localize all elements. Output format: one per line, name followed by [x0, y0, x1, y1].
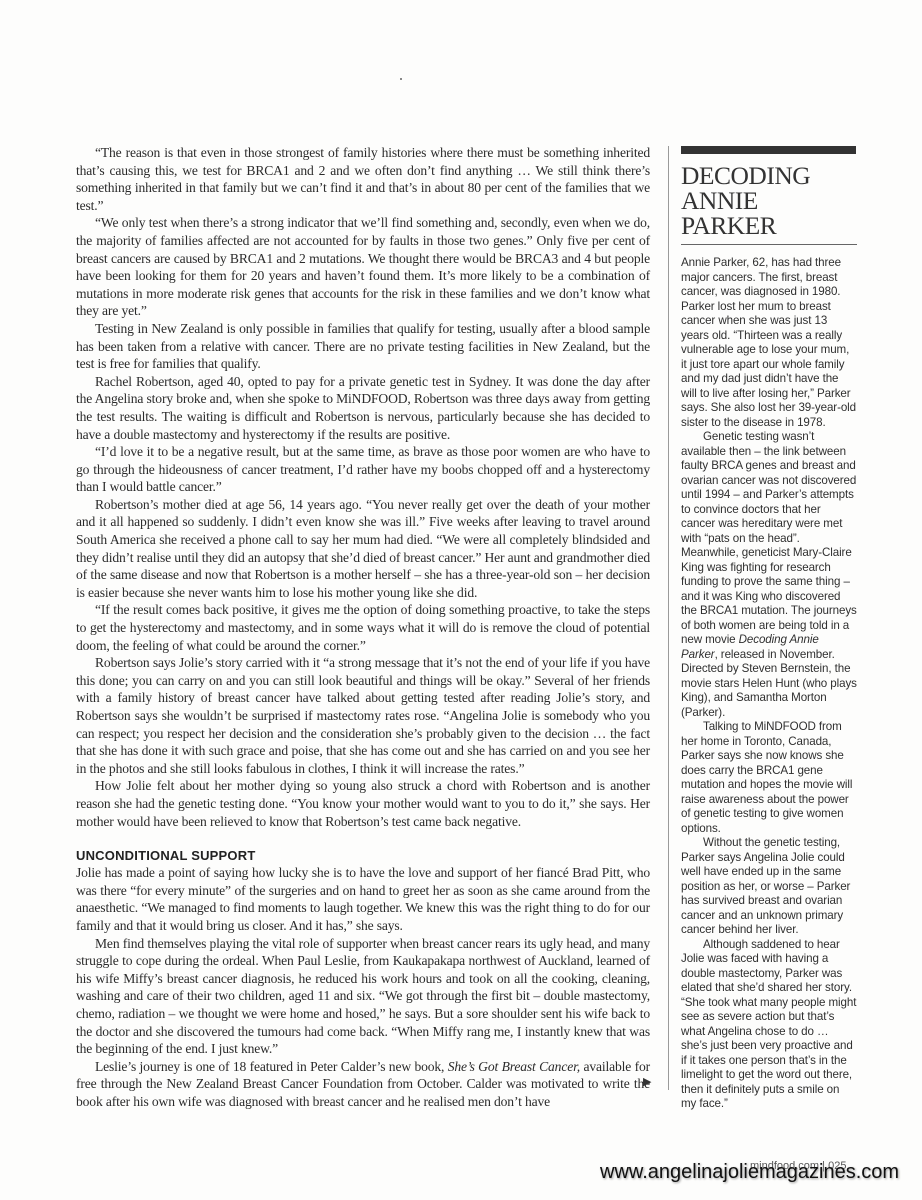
- article-paragraph: Rachel Robertson, aged 40, opted to pay …: [76, 373, 650, 443]
- article-paragraph: “If the result comes back positive, it g…: [76, 601, 650, 654]
- article-paragraph: Testing in New Zealand is only possible …: [76, 320, 650, 373]
- text-run: Genetic testing wasn’t available then – …: [681, 430, 857, 646]
- watermark-url: www.angelinajoliemagazines.com: [600, 1161, 899, 1184]
- sidebar-title-line: ANNIE PARKER: [681, 186, 776, 240]
- sidebar-paragraph: Genetic testing wasn’t available then – …: [681, 430, 857, 720]
- article-paragraph: Jolie has made a point of saying how luc…: [76, 864, 650, 934]
- sidebar-paragraph: Without the genetic testing, Parker says…: [681, 836, 857, 938]
- article-paragraph: Robertson’s mother died at age 56, 14 ye…: [76, 496, 650, 602]
- scan-speck: [400, 78, 402, 80]
- continue-arrow-icon: ▶: [643, 1075, 651, 1088]
- sidebar-title: DECODING ANNIE PARKER: [681, 163, 857, 245]
- article-paragraph: “We only test when there’s a strong indi…: [76, 214, 650, 320]
- sidebar-paragraph: Annie Parker, 62, has had three major ca…: [681, 256, 857, 430]
- article-paragraph: Robertson says Jolie’s story carried wit…: [76, 654, 650, 777]
- article-body: “The reason is that even in those strong…: [76, 144, 650, 1110]
- article-paragraph: Men find themselves playing the vital ro…: [76, 935, 650, 1058]
- sidebar-body: Annie Parker, 62, has had three major ca…: [681, 256, 857, 1112]
- book-title: She’s Got Breast Cancer,: [448, 1059, 580, 1074]
- column-divider: [668, 146, 669, 1090]
- sidebar-paragraph: Talking to MiNDFOOD from her home in Tor…: [681, 720, 857, 836]
- article-paragraph-last: Leslie’s journey is one of 18 featured i…: [76, 1058, 650, 1111]
- text-run: Leslie’s journey is one of 18 featured i…: [95, 1059, 448, 1074]
- article-paragraph: “The reason is that even in those strong…: [76, 144, 650, 214]
- article-paragraph: How Jolie felt about her mother dying so…: [76, 777, 650, 830]
- sidebar-top-bar: [681, 146, 856, 154]
- article-paragraph: “I’d love it to be a negative result, bu…: [76, 443, 650, 496]
- sidebar-box: DECODING ANNIE PARKER Annie Parker, 62, …: [681, 146, 857, 1112]
- section-subheading: UNCONDITIONAL SUPPORT: [76, 847, 650, 864]
- sidebar-paragraph: Although saddened to hear Jolie was face…: [681, 938, 857, 1112]
